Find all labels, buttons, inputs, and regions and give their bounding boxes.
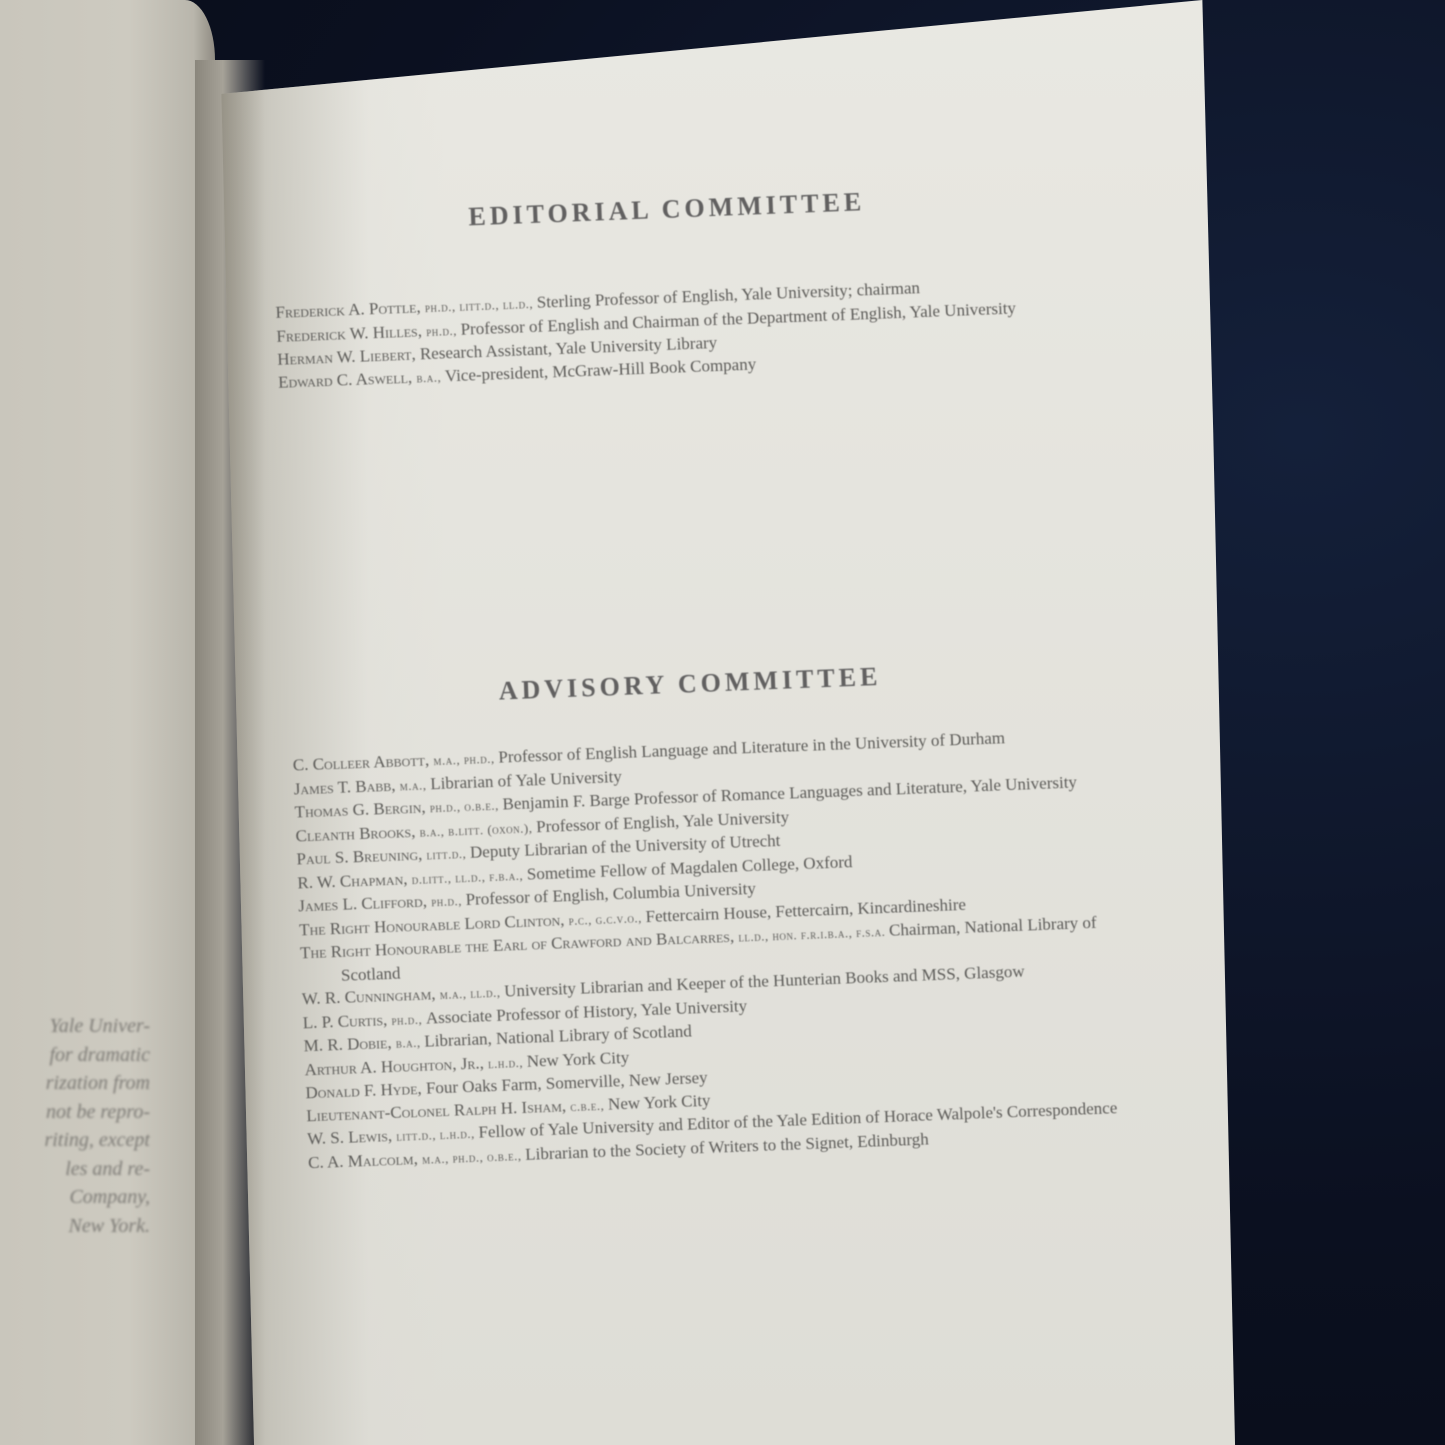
member-degrees: c.b.e.,: [570, 1097, 608, 1113]
member-name: Donald F. Hyde,: [305, 1079, 426, 1103]
member-degrees: ph.d.,: [426, 322, 461, 338]
left-page-line: Yale Univer-: [0, 1012, 150, 1041]
left-page-line: New York.: [0, 1212, 150, 1241]
member-name: Cleanth Brooks,: [295, 821, 420, 845]
member-degrees: l.h.d.,: [488, 1054, 527, 1070]
member-name: W. S. Lewis,: [307, 1126, 397, 1148]
member-name: Frederick W. Hilles,: [276, 321, 426, 346]
member-name: James L. Clifford,: [298, 891, 432, 915]
member-degrees: m.a., ph.d., o.b.e.,: [422, 1147, 526, 1166]
left-page-line: riting, except: [0, 1126, 150, 1155]
member-degrees: litt.d., l.h.d.,: [396, 1126, 479, 1144]
left-page: Yale Univer-for dramaticrization fromnot…: [0, 0, 215, 1445]
member-degrees: litt.d.,: [426, 846, 470, 863]
member-degrees: b.a.,: [396, 1035, 425, 1051]
member-degrees: ph.d.,: [431, 893, 466, 909]
member-name: Frederick A. Pottle,: [275, 297, 425, 322]
member-name: W. R. Cunningham,: [301, 984, 440, 1008]
member-name: Herman W. Liebert,: [277, 344, 420, 368]
member-degrees: m.a., ph.d.,: [433, 751, 499, 768]
left-page-line: Company,: [0, 1183, 150, 1212]
member-degrees: ph.d., litt.d., ll.d.,: [425, 296, 537, 315]
left-page-line: for dramatic: [0, 1041, 150, 1070]
member-name: C. A. Malcolm,: [308, 1148, 423, 1171]
member-degrees: d.litt., ll.d., f.b.a.,: [411, 867, 527, 886]
member-description: New York City: [526, 1047, 629, 1070]
member-name: L. P. Curtis,: [302, 1009, 391, 1031]
member-degrees: m.a.,: [399, 777, 430, 793]
member-degrees: ll.d., hon. f.r.i.b.a., f.s.a.: [738, 924, 889, 945]
member-name: James T. Babb,: [293, 775, 400, 798]
page-content: EDITORIAL COMMITTEE Frederick A. Pottle,…: [270, 138, 1138, 1175]
member-degrees: b.a.,: [416, 369, 445, 385]
left-page-line: not be repro-: [0, 1098, 150, 1127]
member-degrees: m.a., ll.d.,: [439, 985, 504, 1002]
editorial-committee-list: Frederick A. Pottle, ph.d., litt.d., ll.…: [275, 270, 1108, 395]
member-name: Thomas G. Bergin,: [294, 797, 430, 821]
member-description: New York City: [608, 1090, 711, 1113]
editorial-committee-heading: EDITORIAL COMMITTEE: [232, 178, 1103, 241]
member-name: C. Colleer Abbott,: [292, 750, 433, 774]
member-degrees: ph.d., o.b.e.,: [430, 798, 503, 816]
left-page-line: les and re-: [0, 1155, 150, 1184]
left-page-text-fragment: Yale Univer-for dramaticrization fromnot…: [0, 1012, 150, 1240]
advisory-committee-list: C. Colleer Abbott, m.a., ph.d., Professo…: [292, 723, 1138, 1176]
member-name: R. W. Chapman,: [297, 869, 412, 892]
member-name: Paul S. Breuning,: [296, 845, 427, 869]
member-degrees: p.c., g.c.v.o.,: [568, 910, 646, 928]
advisory-committee-heading: ADVISORY COMMITTEE: [260, 653, 1121, 716]
left-page-line: rization from: [0, 1069, 150, 1098]
member-degrees: b.a., b.litt. (oxon.),: [419, 820, 536, 839]
member-name: Edward C. Aswell,: [278, 367, 417, 391]
member-name: M. R. Dobie,: [303, 1033, 396, 1056]
member-degrees: ph.d.,: [391, 1011, 426, 1027]
